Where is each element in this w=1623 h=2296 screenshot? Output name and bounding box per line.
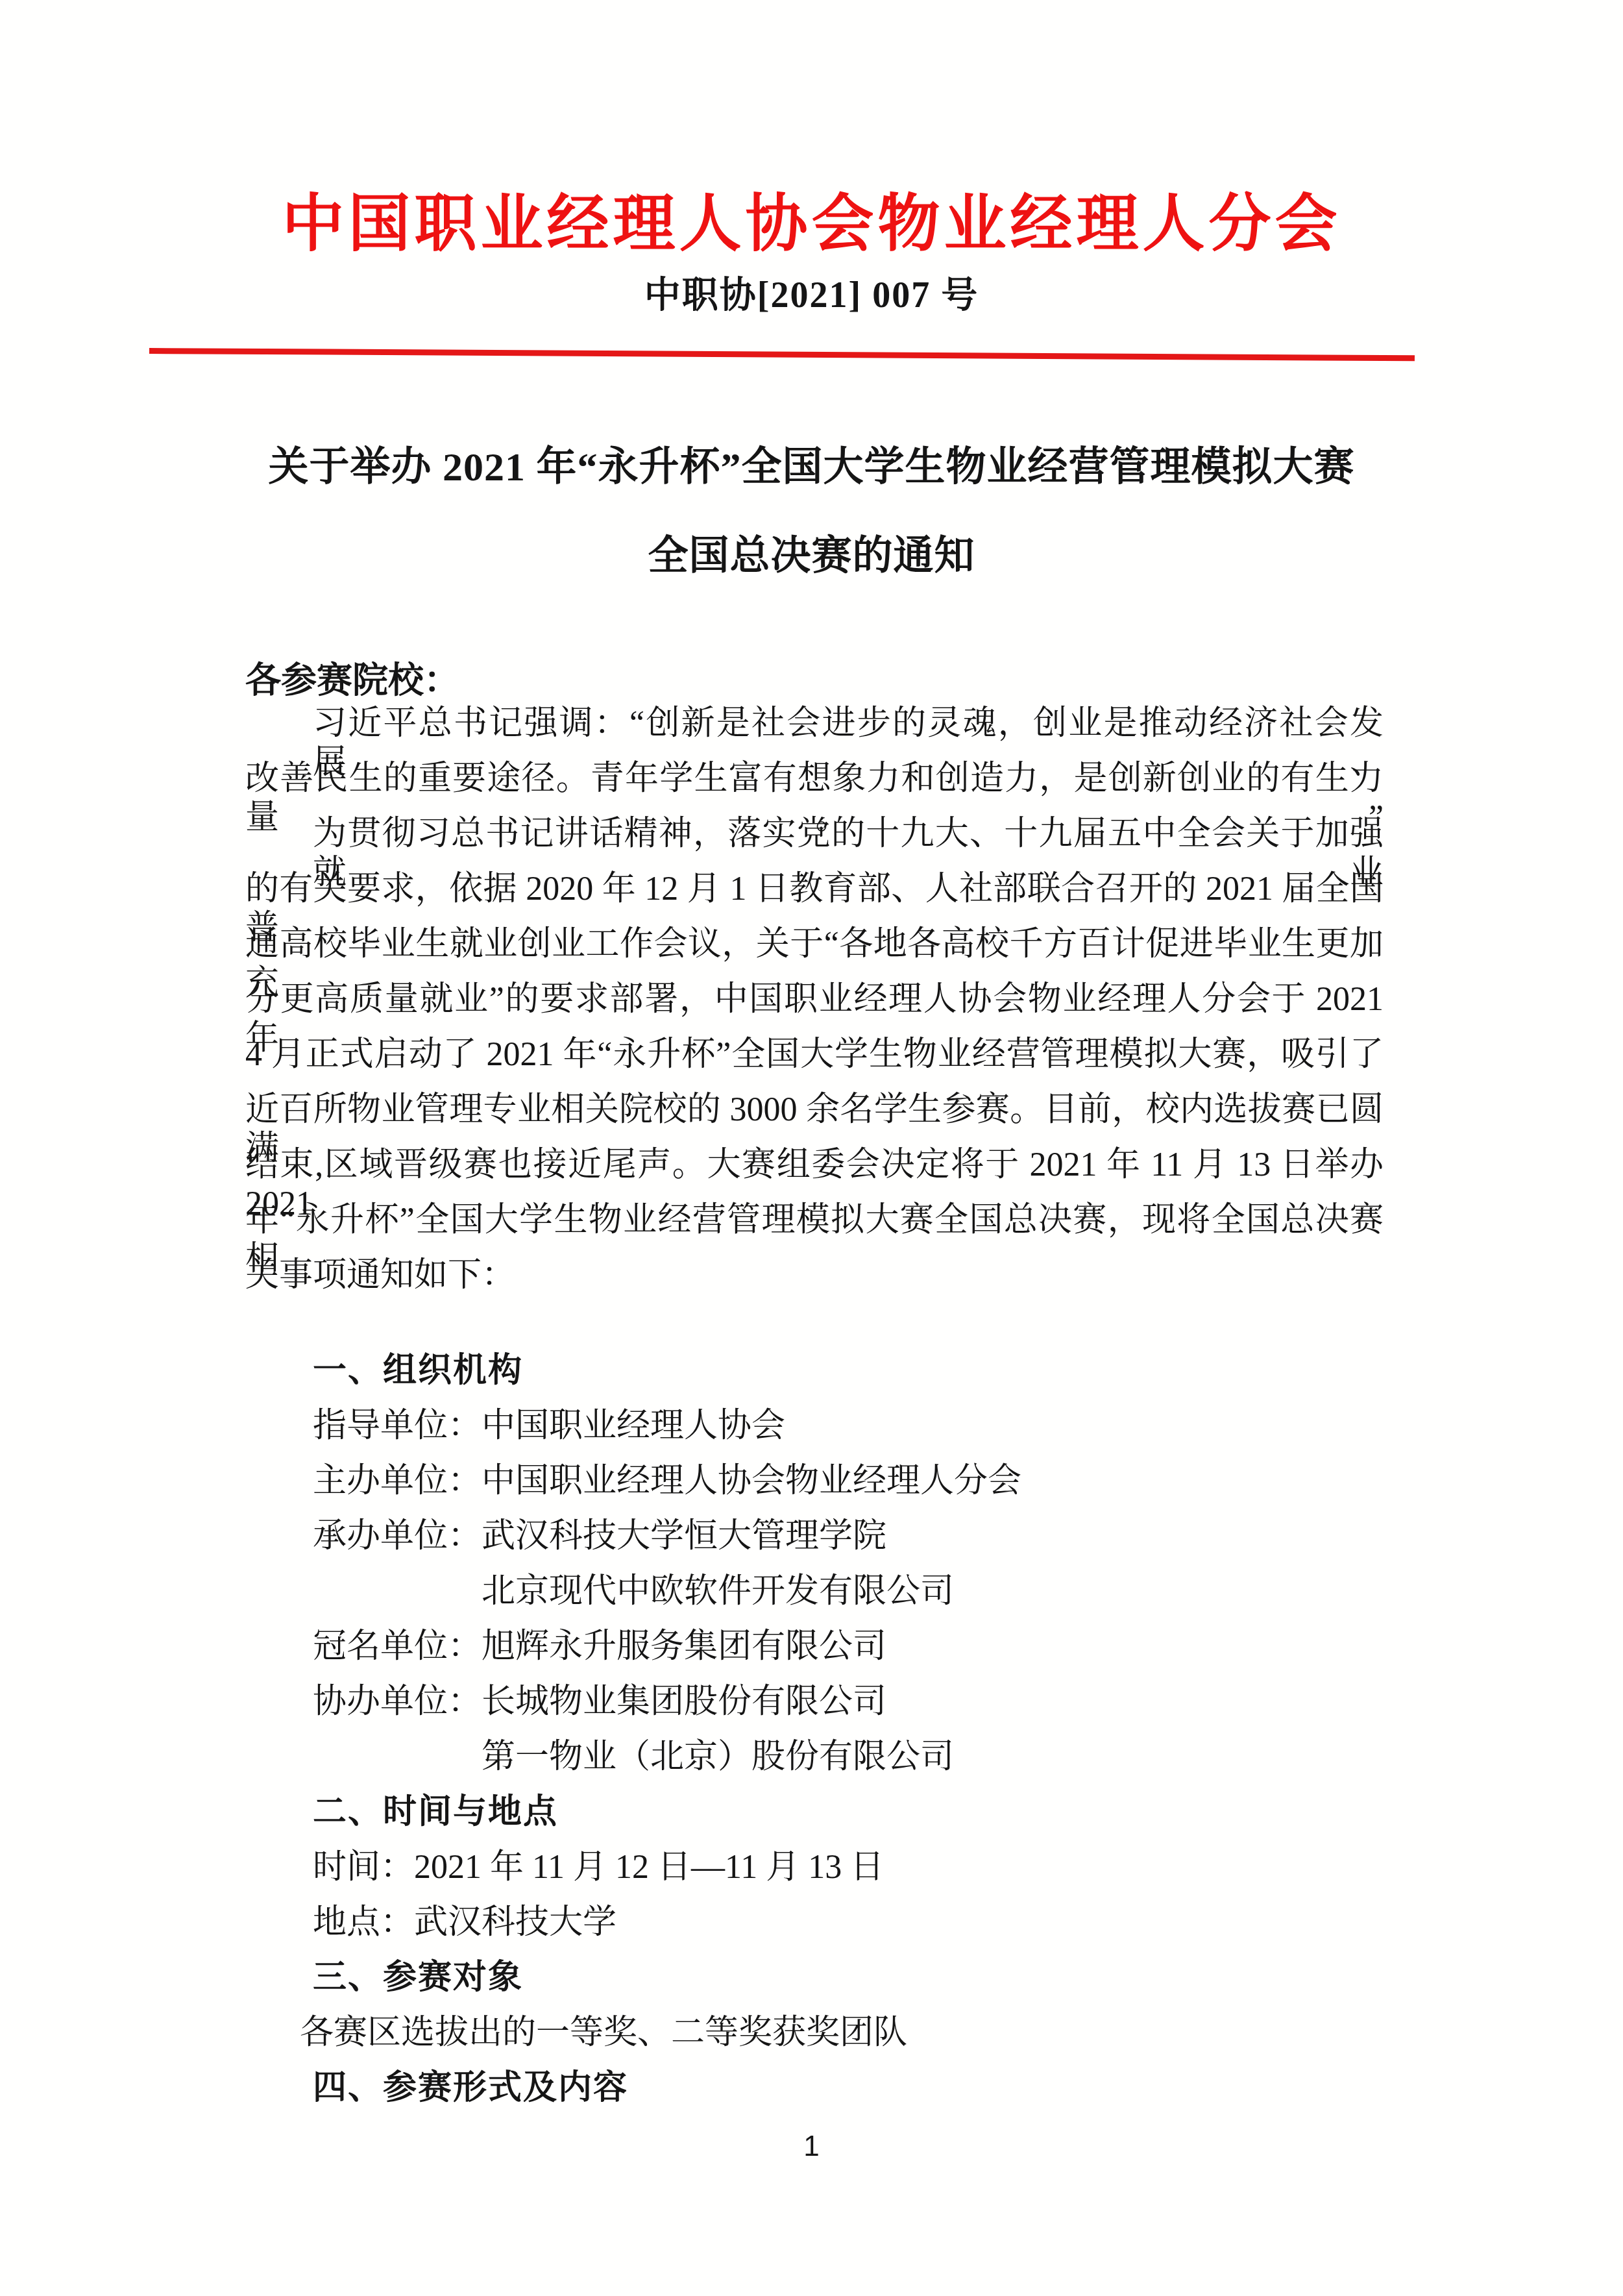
document-title-line1: 关于举办 2021 年“永升杯”全国大学生物业经营管理模拟大赛 — [0, 434, 1623, 492]
document-title-line2: 全国总决赛的通知 — [0, 523, 1623, 581]
body-line: 4 月正式启动了 2021 年“永升杯”全国大学生物业经营管理模拟大赛，吸引了 — [245, 1035, 1384, 1074]
org-item-co-organizer: 协办单位：长城物业集团股份有限公司 — [313, 1683, 886, 1722]
section-heading-organization: 一、组织机构 — [313, 1352, 523, 1390]
time-item-date: 时间：2021 年 11 月 12 日—11 月 13 日 — [313, 1848, 884, 1887]
org-item-guiding-unit: 指导单位：中国职业经理人协会 — [313, 1407, 785, 1446]
section-heading-participants: 三、参赛对象 — [313, 1958, 523, 1997]
salutation: 各参赛院校： — [245, 651, 459, 702]
body-line: 关事项通知如下： — [245, 1256, 515, 1295]
org-item-organizer-unit: 承办单位：武汉科技大学恒大管理学院 — [313, 1517, 886, 1556]
org-item-host-unit: 主办单位：中国职业经理人协会物业经理人分会 — [313, 1462, 1021, 1501]
org-item-title-sponsor: 冠名单位：旭辉永升服务集团有限公司 — [313, 1627, 886, 1666]
letterhead-title: 中国职业经理人协会物业经理人分会 — [0, 174, 1623, 263]
time-item-place: 地点：武汉科技大学 — [313, 1903, 616, 1942]
section-heading-format: 四、参赛形式及内容 — [313, 2069, 628, 2108]
page-number: 1 — [0, 2130, 1623, 2163]
org-item-organizer-unit-2: 北京现代中欧软件开发有限公司 — [482, 1572, 954, 1611]
red-divider-rule — [149, 348, 1415, 361]
org-item-co-organizer-2: 第一物业（北京）股份有限公司 — [482, 1738, 954, 1777]
participants-item: 各赛区选拔出的一等奖、二等奖获奖团队 — [300, 2014, 907, 2053]
notice-document-page: 中国职业经理人协会物业经理人分会 中职协[2021] 007 号 关于举办 20… — [0, 0, 1623, 2296]
section-heading-time-place: 二、时间与地点 — [313, 1793, 558, 1832]
document-number: 中职协[2021] 007 号 — [0, 266, 1623, 318]
